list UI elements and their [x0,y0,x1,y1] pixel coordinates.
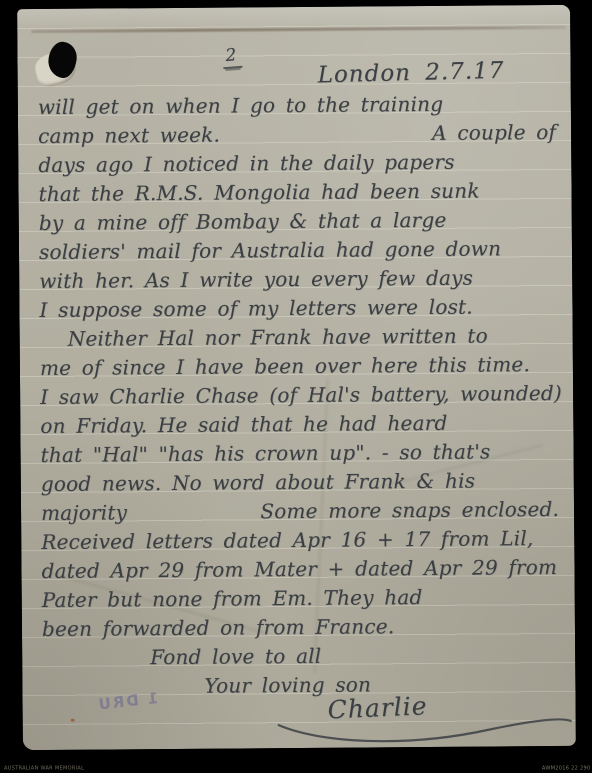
letter-line: on Friday. He said that he had heard [40,408,558,441]
letter-line-text: me of since I have been over here this t… [40,352,530,380]
letter-line: Received letters dated Apr 16 + 17 from … [41,524,559,557]
letter-line-text: by a mine off Bombay & that a large [39,208,447,235]
letter-line: Neither Hal nor Frank have written to [40,321,558,354]
letter-page: 2 London 2.7.17 will get on when I go to… [17,5,576,750]
letter-line-text: good news. No word about Frank & his [41,469,475,496]
letter-line: Pater but none from Em. They had [42,582,560,615]
letter-line-text: that the R.M.S. Mongolia had been sunk [38,179,479,206]
letter-line-text: on Friday. He said that he had heard [40,411,447,438]
letter-line-text: been forwarded on from France. [42,614,395,641]
letter-line: will get on when I go to the training [38,89,556,122]
letter-line-text: I saw Charlie Chase (of Hal's battery, w… [40,381,562,409]
letter-line: dated Apr 29 from Mater + dated Apr 29 f… [41,553,559,586]
letter-line-text: with her. As I write you every few days [39,266,473,293]
letter-line: I suppose some of my letters were lost. [39,292,557,325]
letter-line: camp next week.A couple of [38,118,556,151]
letter-line-text: Neither Hal nor Frank have written to [68,323,488,350]
paper-speck [71,719,75,722]
letter-line-text: camp next week. [38,121,220,151]
letter-line-text: majority [41,498,127,528]
letter-line: good news. No word about Frank & his [41,466,559,499]
letter-line: I saw Charlie Chase (of Hal's battery, w… [40,379,558,412]
letter-line: soldiers' mail for Australia had gone do… [39,234,557,267]
letter-line-text: I suppose some of my letters were lost. [39,295,473,322]
page-number: 2 [222,45,242,66]
dateline: London 2.7.17 [317,58,504,89]
letter-line: been forwarded on from France. [42,611,560,644]
letter-line-text: Some more snaps enclosed. [260,495,559,526]
letter-line: days ago I noticed in the daily papers [38,147,556,180]
letter-line-text: soldiers' mail for Australia had gone do… [39,236,501,264]
letter-line: with her. As I write you every few days [39,263,557,296]
letter-line: me of since I have been over here this t… [40,350,558,383]
letter-line-text: Fond love to all [150,644,321,669]
archive-credit: AUSTRALIAN WAR MEMORIAL [4,765,84,771]
letter-body: will get on when I go to the trainingcam… [38,89,561,702]
letter-line: majoritySome more snaps enclosed. [41,495,559,528]
letter-line-text: Received letters dated Apr 16 + 17 from … [41,526,533,554]
letter-line: Fond love to all [42,640,560,673]
letter-line: that the R.M.S. Mongolia had been sunk [38,176,556,209]
letter-line-text: dated Apr 29 from Mater + dated Apr 29 f… [41,555,557,583]
letter-line-text: that "Hal" "has his crown up". - so that… [41,439,491,467]
letter-line-text: days ago I noticed in the daily papers [38,150,454,177]
archive-id: AWM2016 22 290 [541,765,590,771]
letter-line: by a mine off Bombay & that a large [39,205,557,238]
letter-line-text: A couple of [432,118,556,148]
letter-line-text: will get on when I go to the training [38,92,444,119]
letter-line: that "Hal" "has his crown up". - so that… [40,437,558,470]
letter-line-text: Pater but none from Em. They had [42,585,423,612]
signature-flourish [275,709,575,751]
